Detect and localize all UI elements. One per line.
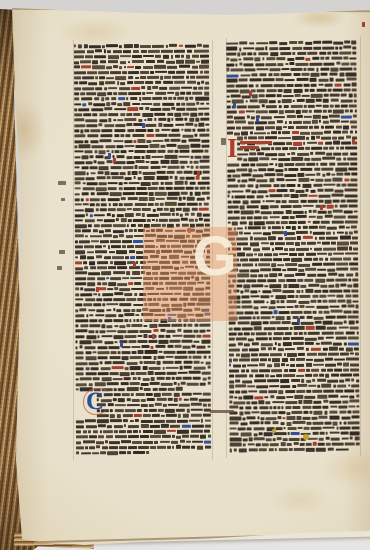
gloss-speck — [57, 266, 62, 270]
blue-paraph-mark — [108, 153, 111, 158]
blue-paraph-mark — [256, 117, 259, 122]
red-paraph-mark — [133, 262, 136, 267]
blue-paraph-mark — [284, 231, 287, 236]
gutter-cross — [221, 138, 226, 145]
gloss-speck — [58, 181, 66, 185]
gutter-gloss — [210, 410, 234, 413]
watermark-letter-g: G — [193, 227, 237, 288]
red-paraph-mark — [249, 91, 252, 96]
red-paraph-mark — [197, 171, 200, 176]
red-paraph-mark — [113, 158, 116, 163]
red-paraph-mark — [352, 139, 355, 144]
gloss-speck — [59, 250, 65, 254]
manuscript-page: I C G — [0, 0, 370, 550]
rubric-segment — [240, 146, 259, 149]
blue-paraph-mark — [297, 318, 300, 323]
watermark-overlay: G — [143, 227, 237, 321]
red-paraph-mark — [320, 205, 323, 210]
gold-dot-mark — [303, 434, 309, 440]
blue-paraph-mark — [142, 123, 145, 128]
text-line — [76, 450, 212, 456]
red-paraph-mark — [96, 287, 99, 292]
gold-dot-mark — [272, 429, 276, 433]
red-initial-i: I — [227, 135, 238, 162]
blue-initial-c: C — [86, 389, 104, 414]
blue-paraph-mark — [120, 342, 123, 347]
text-line — [230, 447, 361, 453]
rubric-segment — [240, 141, 272, 144]
blue-paraph-mark — [233, 103, 236, 108]
text-column-right — [226, 40, 361, 454]
manuscript-photo: I C G — [0, 0, 370, 550]
red-paraph-mark — [362, 22, 365, 27]
gloss-speck — [61, 198, 65, 201]
red-paraph-mark — [152, 334, 155, 339]
page-top-edge — [10, 8, 370, 12]
